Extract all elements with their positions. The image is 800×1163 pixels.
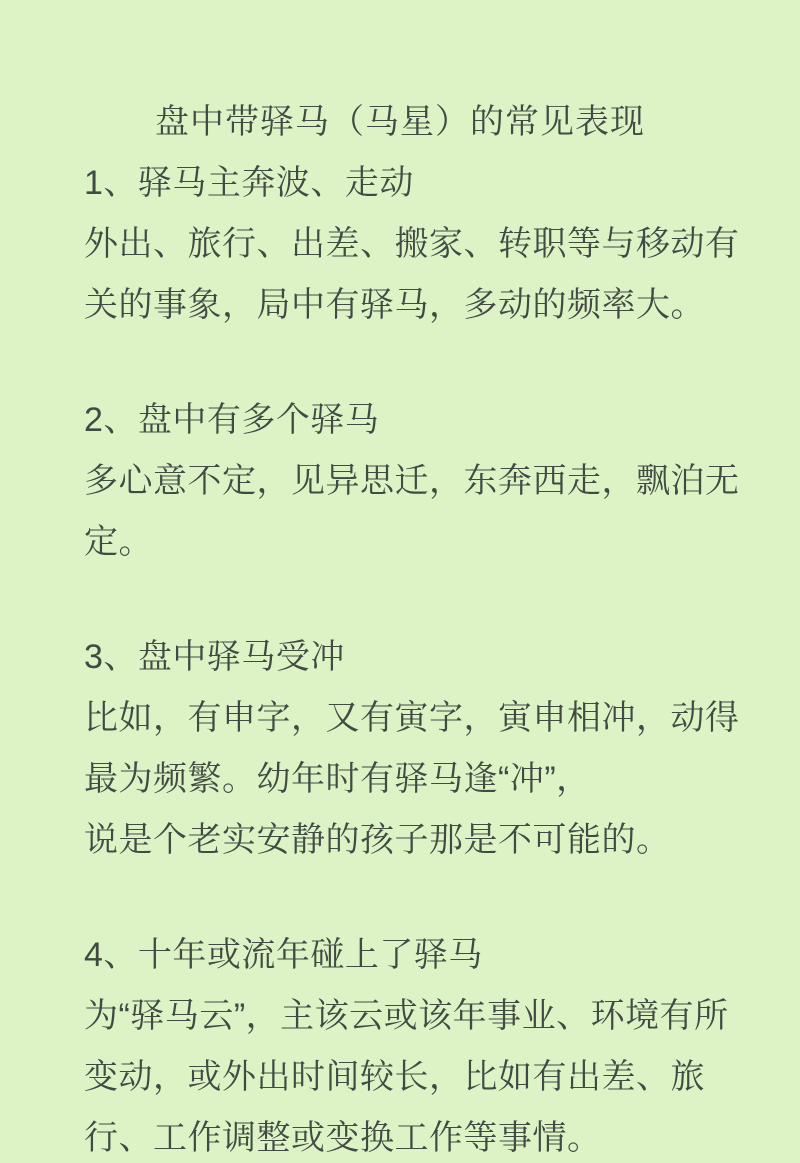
section-3: 3、盘中驿马受冲 比如，有申字，又有寅字，寅申相冲，动得 最为频繁。幼年时有驿马… (84, 627, 800, 871)
section-4-text-line: 行、工作调整或变换工作等事情。 (84, 1108, 800, 1163)
section-2-text-line: 多心意不定，见异思迁，东奔西走，飘泊无 (84, 451, 800, 512)
section-1-text-line: 关的事象，局中有驿马，多动的频率大。 (84, 275, 800, 336)
section-3-text-line: 比如，有申字，又有寅字，寅申相冲，动得 (84, 688, 800, 749)
section-1-text-line: 外出、旅行、出差、搬家、转职等与移动有 (84, 214, 800, 275)
section-4-text-line: 为“驿马云”，主该云或该年事业、环境有所 (84, 986, 800, 1047)
section-2-heading: 2、盘中有多个驿马 (84, 390, 800, 451)
section-2: 2、盘中有多个驿马 多心意不定，见异思迁，东奔西走，飘泊无 定。 (84, 390, 800, 573)
section-1-heading: 1、驿马主奔波、走动 (84, 153, 800, 214)
section-3-heading: 3、盘中驿马受冲 (84, 627, 800, 688)
document-page: 盘中带驿马（马星）的常见表现 1、驿马主奔波、走动 外出、旅行、出差、搬家、转职… (0, 0, 800, 1163)
section-4: 4、十年或流年碰上了驿马 为“驿马云”，主该云或该年事业、环境有所 变动，或外出… (84, 925, 800, 1163)
section-3-text-line: 说是个老实安静的孩子那是不可能的。 (84, 810, 800, 871)
section-3-text-line: 最为频繁。幼年时有驿马逢“冲”， (84, 749, 800, 810)
page-title: 盘中带驿马（马星）的常见表现 (0, 92, 800, 153)
section-4-text-line: 变动，或外出时间较长，比如有出差、旅 (84, 1047, 800, 1108)
section-4-heading: 4、十年或流年碰上了驿马 (84, 925, 800, 986)
section-1: 1、驿马主奔波、走动 外出、旅行、出差、搬家、转职等与移动有 关的事象，局中有驿… (84, 153, 800, 336)
section-2-text-line: 定。 (84, 512, 800, 573)
